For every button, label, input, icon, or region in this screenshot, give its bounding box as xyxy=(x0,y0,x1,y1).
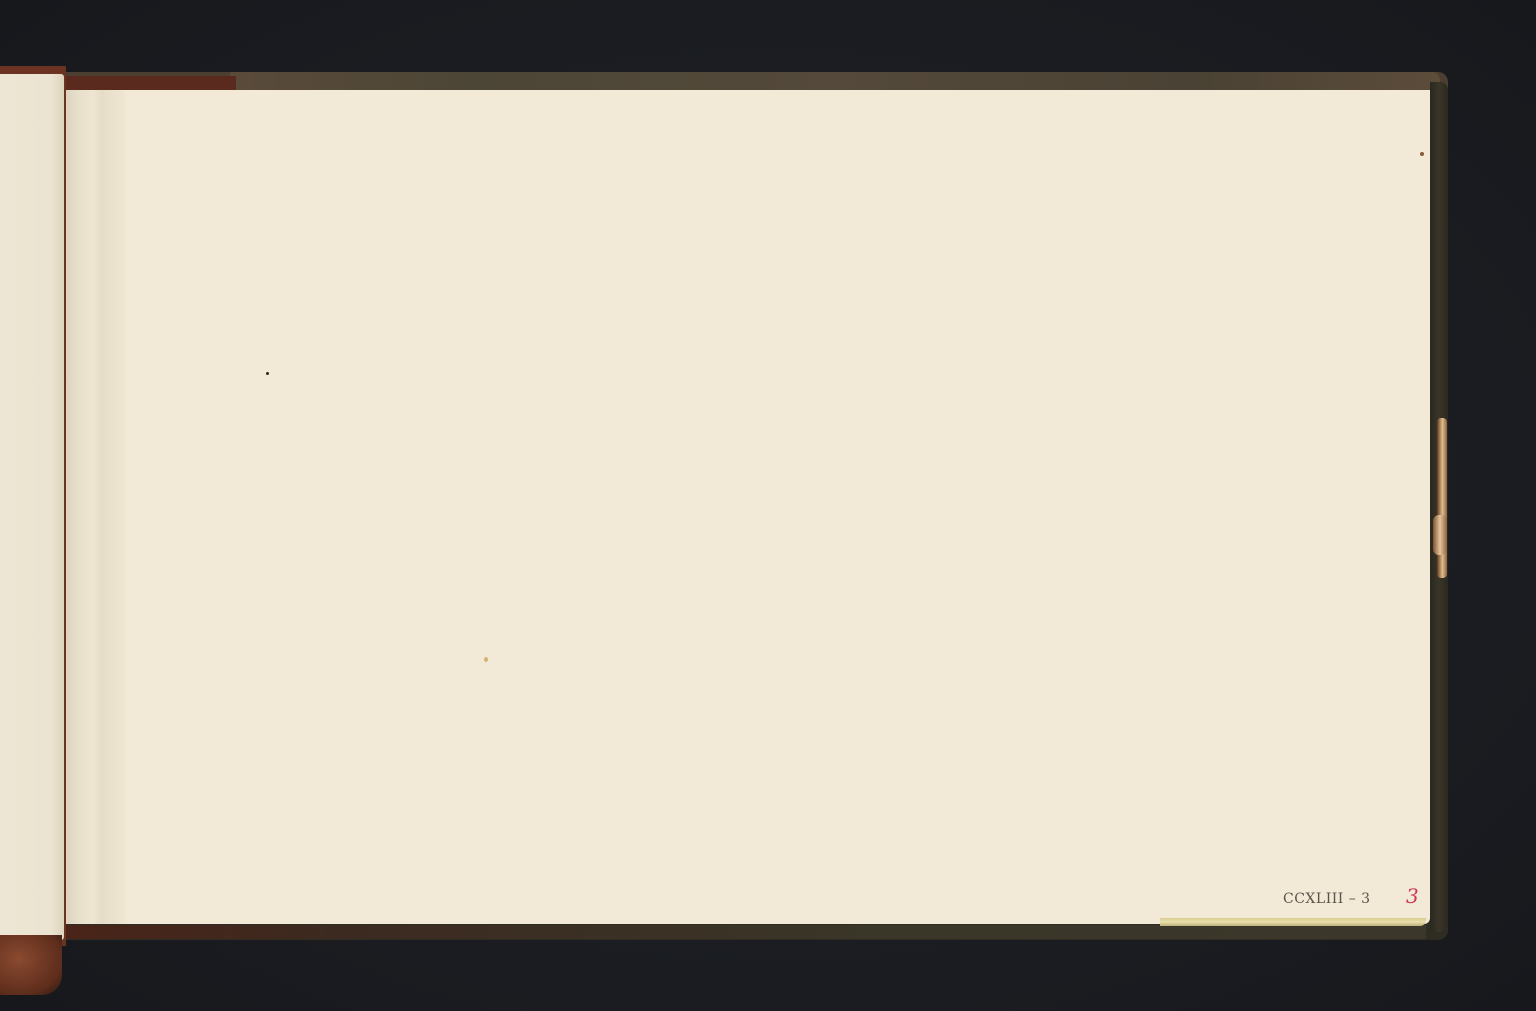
folio-number: 3 xyxy=(1406,884,1419,908)
brass-clasp-knob xyxy=(1433,515,1447,555)
page-edges-stack xyxy=(1160,918,1426,926)
blank-recto-page xyxy=(66,90,1430,924)
page-stain xyxy=(484,657,488,662)
page-gutter-shadow xyxy=(66,90,126,924)
left-verso-page xyxy=(0,74,64,940)
left-binding-corner xyxy=(0,935,62,995)
cover-top-edge xyxy=(230,72,1440,92)
cover-bottom-edge xyxy=(66,925,1426,939)
catalogue-stamp: CCXLIII – 3 xyxy=(1283,891,1371,907)
page-speck xyxy=(266,372,269,375)
page-speck xyxy=(1420,152,1424,156)
